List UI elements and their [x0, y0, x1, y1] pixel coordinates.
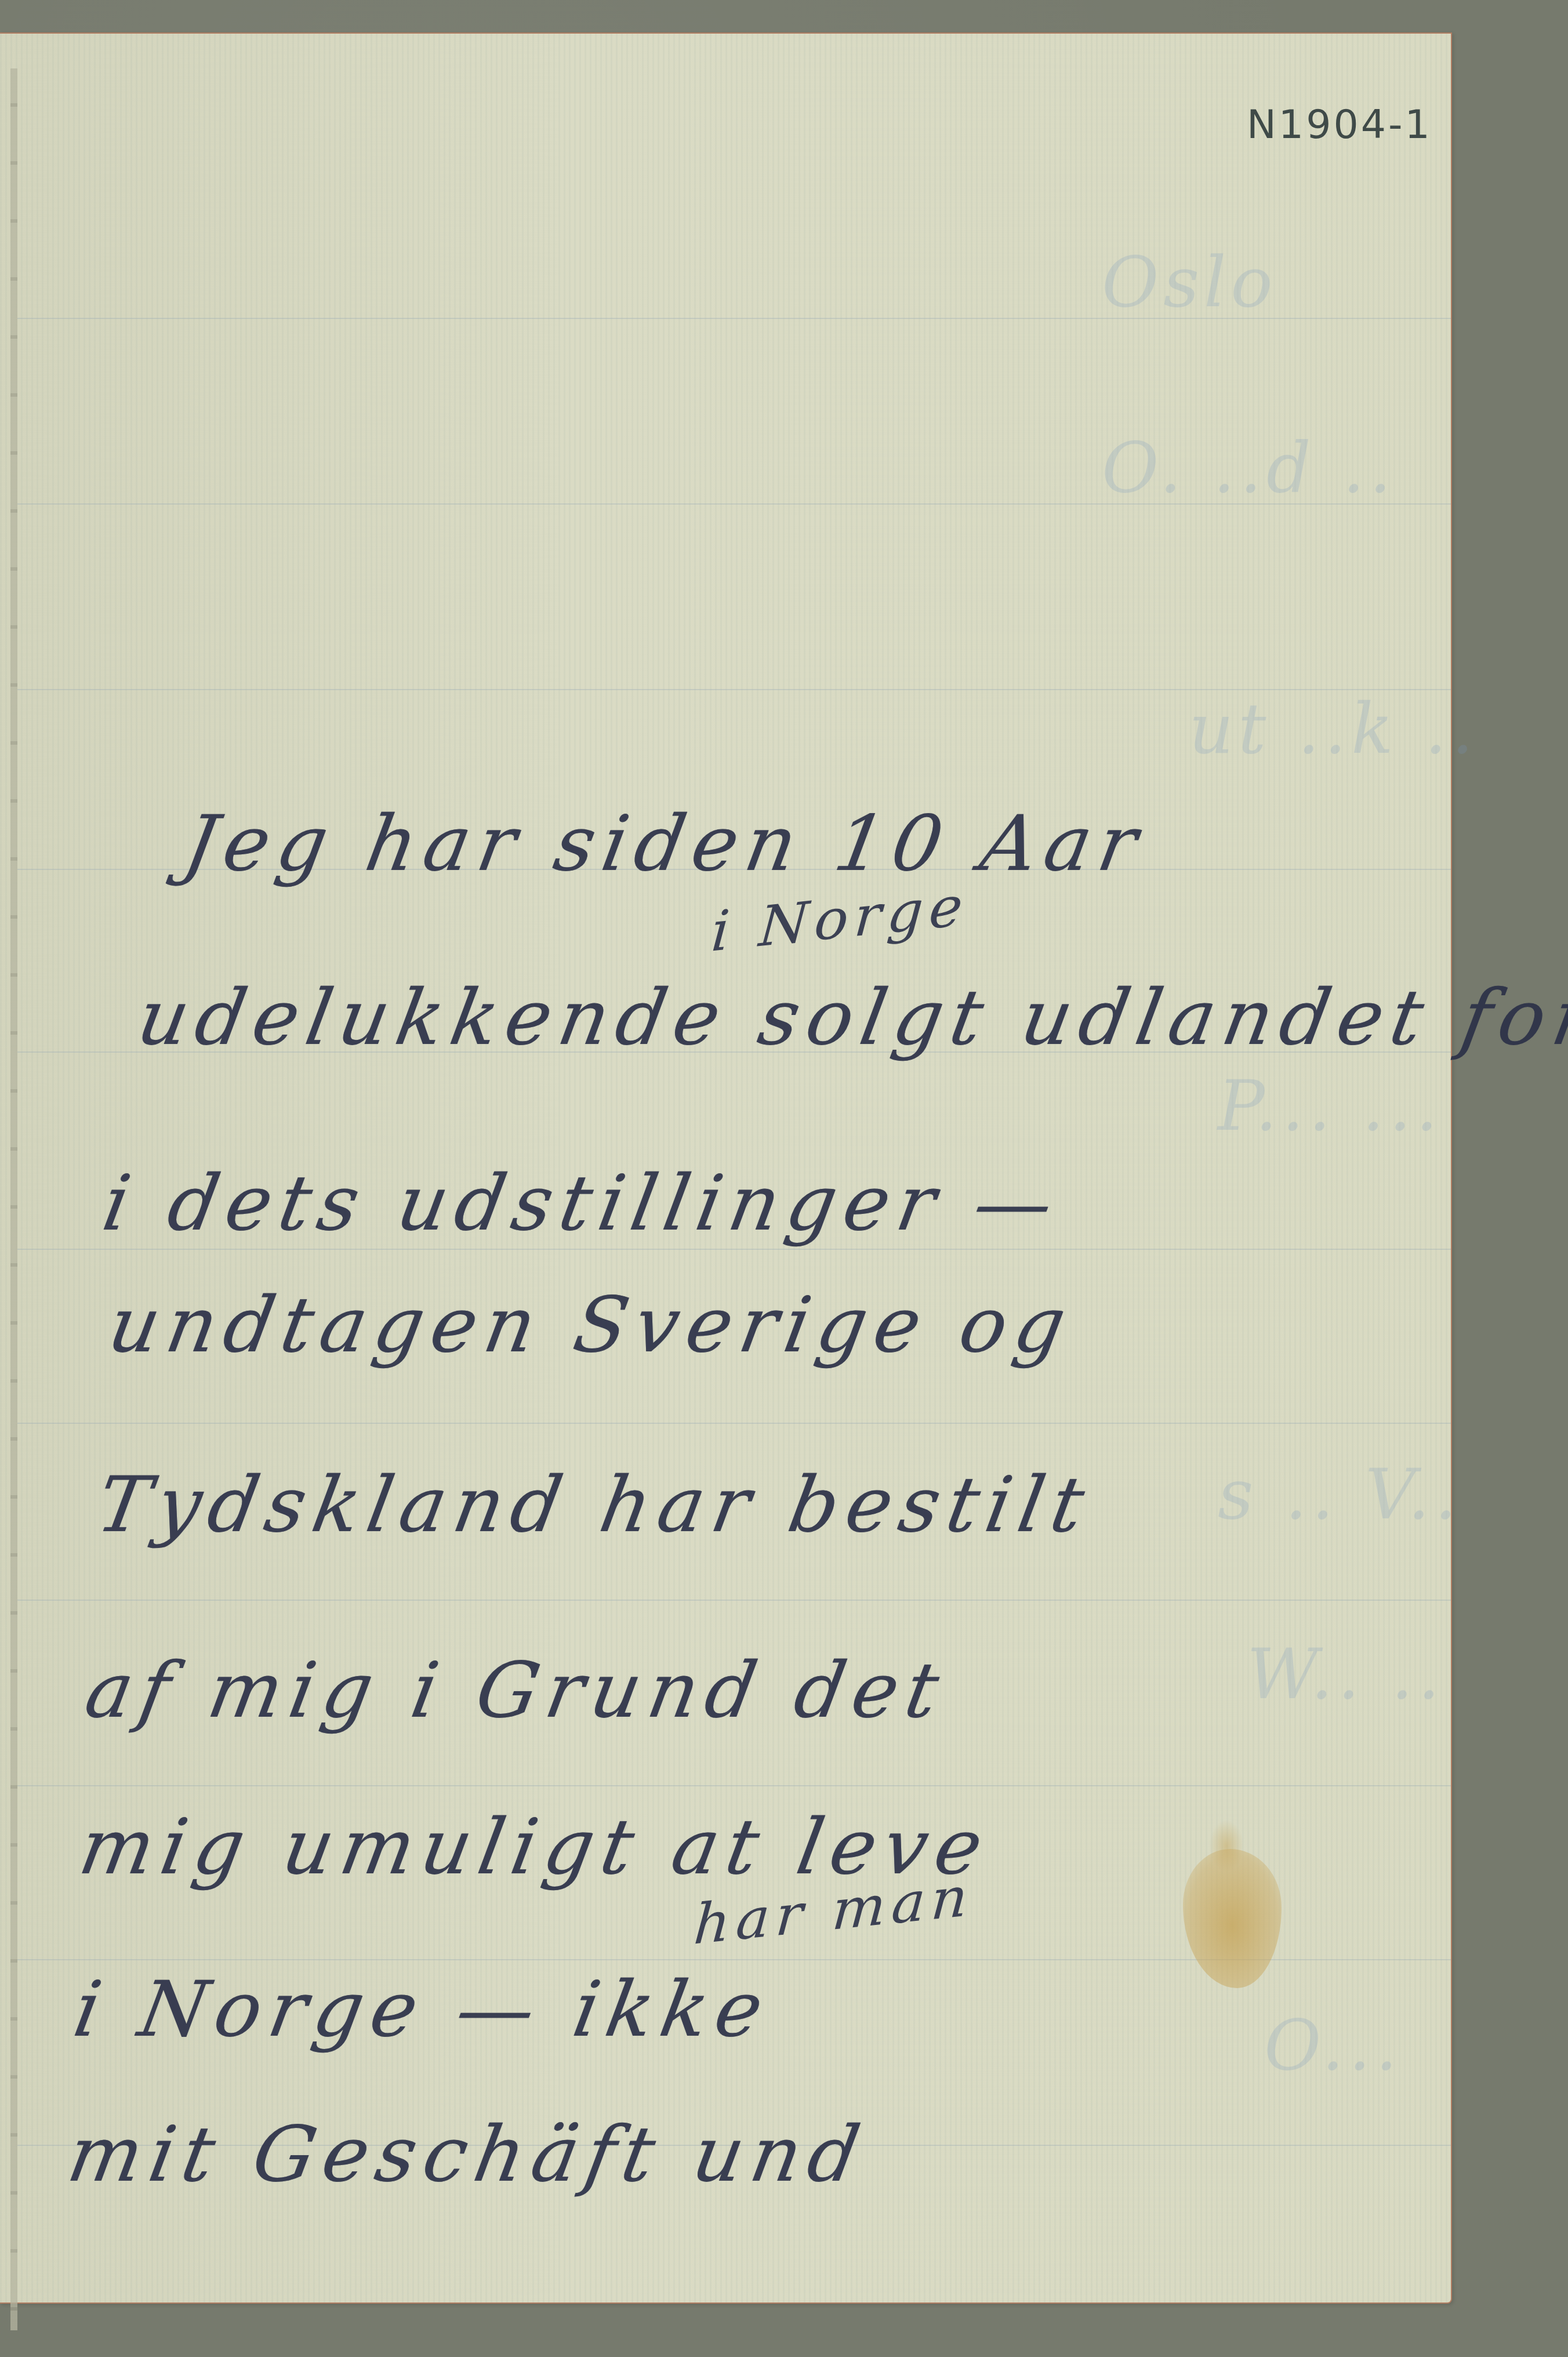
notebook-binding-edge — [10, 68, 17, 2330]
manuscript-page: Oslo O. ..d .. ut ..k .. P... ... s .. V… — [0, 32, 1452, 2304]
bleed-through-text: Oslo — [1102, 242, 1277, 323]
coffee-stain — [1183, 1849, 1282, 1988]
handwriting-line-5: Tydskland har bestilt — [90, 1460, 1098, 1550]
bleed-through-text: W.. .. — [1247, 1634, 1444, 1715]
ruled-line — [17, 1249, 1451, 1250]
handwriting-line-1: Jeg har siden 10 Aar — [177, 799, 1152, 889]
handwriting-line-6: af mig i Grund det — [79, 1646, 953, 1735]
ruled-line — [17, 1423, 1451, 1424]
ruled-line — [17, 1785, 1451, 1786]
bleed-through-text: s .. V.. — [1218, 1455, 1461, 1535]
ruled-line — [17, 1600, 1451, 1601]
handwriting-line-8: i Norge — ikke — [67, 1965, 777, 2054]
handwriting-line-9: mit Geschäft und — [61, 2110, 874, 2199]
bleed-through-text: O. ..d .. — [1102, 428, 1396, 509]
handwriting-line-3: i dets udstillinger — — [96, 1159, 1068, 1248]
handwriting-line-2: udelukkende solgt udlandet for — [131, 973, 1568, 1063]
bleed-through-text: ut ..k .. — [1189, 689, 1478, 770]
handwriting-line-4: undtagen Sverige og — [102, 1281, 1080, 1370]
bleed-through-text: O... — [1264, 2006, 1402, 2086]
archive-id-label: N1904-1 — [1247, 102, 1432, 148]
bleed-through-text: P... ... — [1218, 1066, 1442, 1147]
